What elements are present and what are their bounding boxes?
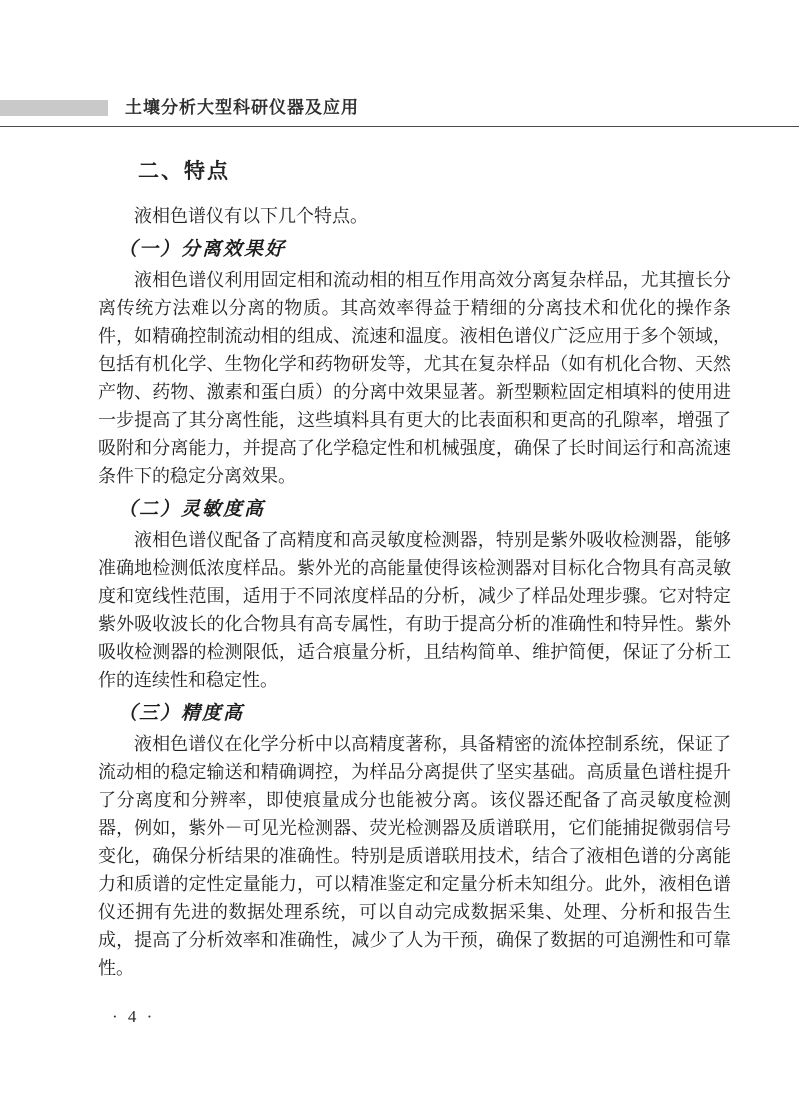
section-heading: 二、特点 — [138, 157, 731, 187]
header-rule — [0, 126, 799, 127]
subsection-heading-1: （一）分离效果好 — [98, 236, 731, 264]
subsection-heading-3: （三）精度高 — [98, 700, 731, 728]
subsection-paragraph-2: 液相色谱仪配备了高精度和高灵敏度检测器，特别是紫外吸收检测器，能够准确地检测低浓… — [98, 526, 731, 694]
header-row: 土壤分析大型科研仪器及应用 — [0, 99, 799, 117]
running-header: 土壤分析大型科研仪器及应用 — [0, 0, 799, 127]
subsection-paragraph-1: 液相色谱仪利用固定相和流动相的相互作用高效分离复杂样品，尤其擅长分离传统方法难以… — [98, 266, 731, 490]
header-band-decoration — [0, 100, 108, 116]
page-number: · 4 · — [112, 1005, 155, 1029]
body-text-block: 二、特点 液相色谱仪有以下几个特点。 （一）分离效果好 液相色谱仪利用固定相和流… — [98, 157, 731, 982]
intro-paragraph: 液相色谱仪有以下几个特点。 — [98, 202, 731, 230]
subsection-paragraph-3: 液相色谱仪在化学分析中以高精度著称，具备精密的流体控制系统，保证了流动相的稳定输… — [98, 730, 731, 982]
subsection-heading-2: （二）灵敏度高 — [98, 496, 731, 524]
book-title: 土壤分析大型科研仪器及应用 — [125, 99, 359, 117]
document-page: 土壤分析大型科研仪器及应用 二、特点 液相色谱仪有以下几个特点。 （一）分离效果… — [0, 0, 799, 1114]
